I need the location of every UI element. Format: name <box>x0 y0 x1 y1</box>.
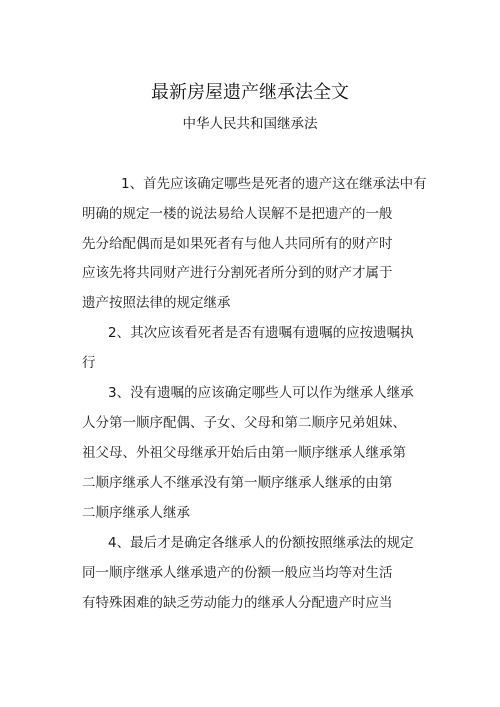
body-line: 明确的规定一楼的说法易给人误解不是把遗产的一般 <box>82 202 393 222</box>
body-line: 行 <box>82 351 96 371</box>
body-line: 祖父母、外祖父母继承开始后由第一顺序继承人继承第 <box>82 441 406 461</box>
body-line: 3、没有遗嘱的应该确定哪些人可以作为继承人继承 <box>108 381 414 401</box>
document-subtitle: 中华人民共和国继承法 <box>0 112 500 132</box>
body-line: 2、其次应该看死者是否有遗嘱有遗嘱的应按遗嘱执 <box>108 321 414 341</box>
body-line: 同一顺序继承人继承遗产的份额一般应当均等对生活 <box>82 561 393 581</box>
body-line: 二顺序继承人继承 <box>82 501 190 521</box>
body-line: 1、首先应该确定哪些是死者的遗产这在继承法中有 <box>121 172 427 192</box>
body-line: 有特殊困难的缺乏劳动能力的继承人分配遗产时应当 <box>82 591 393 611</box>
body-line: 二顺序继承人不继承没有第一顺序继承人继承的由第 <box>82 471 393 491</box>
body-line: 遗产按照法律的规定继承 <box>82 291 231 311</box>
body-line: 应该先将共同财产进行分割死者所分到的财产才属于 <box>82 261 393 281</box>
document-title: 最新房屋遗产继承法全文 <box>0 78 500 104</box>
body-line: 先分给配偶而是如果死者有与他人共同所有的财产时 <box>82 232 393 252</box>
body-line: 4、最后才是确定各继承人的份额按照继承法的规定 <box>108 531 414 551</box>
body-line: 人分第一顺序配偶、子女、父母和第二顺序兄弟姐妹、 <box>82 411 406 431</box>
